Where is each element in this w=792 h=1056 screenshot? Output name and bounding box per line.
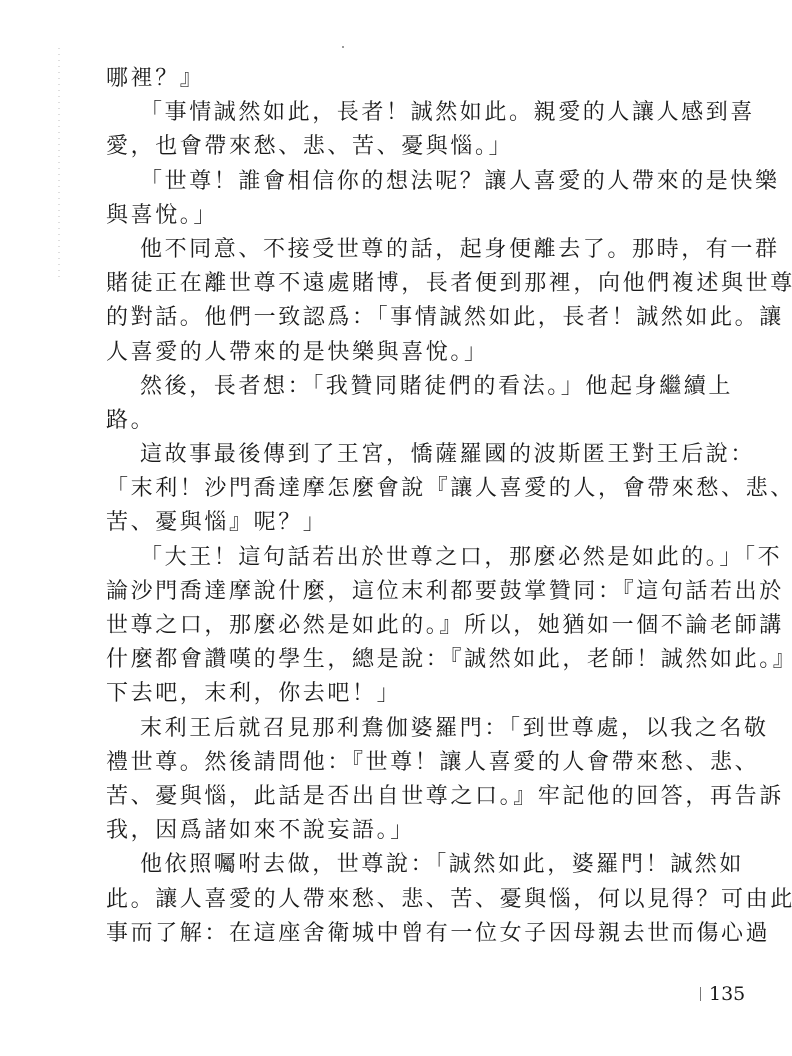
text-line: 苦、憂與惱』呢？」: [106, 506, 702, 540]
text-line: 「大王！這句話若出於世尊之口，那麼必然是如此的。」「不: [106, 541, 702, 575]
text-line: 此。讓人喜愛的人帶來愁、悲、苦、憂與惱，何以見得？可由此: [106, 883, 702, 917]
body-text: 哪裡？』「事情誠然如此，長者！誠然如此。親愛的人讓人感到喜愛，也會帶來愁、悲、苦…: [106, 62, 702, 951]
text-line: 事而了解：在這座舍衛城中曾有一位女子因母親去世而傷心過: [106, 917, 702, 951]
text-line: 然後，長者想：「我贊同賭徒們的看法。」他起身繼續上: [106, 370, 702, 404]
text-line: 「事情誠然如此，長者！誠然如此。親愛的人讓人感到喜: [106, 96, 702, 130]
text-line: 他不同意、不接受世尊的話，起身便離去了。那時，有一群: [106, 233, 702, 267]
text-line: 人喜愛的人帶來的是快樂與喜悅。」: [106, 336, 702, 370]
text-line: 苦、憂與惱，此話是否出自世尊之口。』牢記他的回答，再告訴: [106, 780, 702, 814]
text-line: 哪裡？』: [106, 62, 702, 96]
gutter-scan-artifact: [58, 48, 60, 278]
page-number: 135: [709, 983, 745, 1005]
text-line: 論沙門喬達摩說什麼，這位末利都要鼓掌贊同：『這句話若出於: [106, 575, 702, 609]
text-line: 什麼都會讚嘆的學生，總是說：『誠然如此，老師！誠然如此。』: [106, 643, 702, 677]
scan-speck: [342, 46, 344, 48]
text-line: 「世尊！誰會相信你的想法呢？讓人喜愛的人帶來的是快樂: [106, 165, 702, 199]
text-line: 愛，也會帶來愁、悲、苦、憂與惱。」: [106, 130, 702, 164]
text-line: 的對話。他們一致認爲：「事情誠然如此，長者！誠然如此。讓: [106, 301, 702, 335]
text-line: 與喜悅。」: [106, 199, 702, 233]
text-line: 「末利！沙門喬達摩怎麼會說『讓人喜愛的人，會帶來愁、悲、: [106, 472, 702, 506]
text-line: 他依照囑咐去做，世尊說：「誠然如此，婆羅門！誠然如: [106, 848, 702, 882]
text-line: 世尊之口，那麼必然是如此的。』所以，她猶如一個不論老師講: [106, 609, 702, 643]
page-footer: 135: [700, 983, 745, 1005]
text-line: 這故事最後傳到了王宮，憍薩羅國的波斯匿王對王后說：: [106, 438, 702, 472]
text-line: 我，因爲諸如來不說妄語。」: [106, 814, 702, 848]
book-page: 哪裡？』「事情誠然如此，長者！誠然如此。親愛的人讓人感到喜愛，也會帶來愁、悲、苦…: [0, 0, 792, 1056]
text-line: 下去吧，末利，你去吧！」: [106, 677, 702, 711]
text-line: 末利王后就召見那利鴦伽婆羅門：「到世尊處，以我之名敬: [106, 712, 702, 746]
text-line: 路。: [106, 404, 702, 438]
folio-divider: [700, 987, 701, 1001]
text-line: 賭徒正在離世尊不遠處賭博，長者便到那裡，向他們複述與世尊: [106, 267, 702, 301]
text-line: 禮世尊。然後請問他：『世尊！讓人喜愛的人會帶來愁、悲、: [106, 746, 702, 780]
